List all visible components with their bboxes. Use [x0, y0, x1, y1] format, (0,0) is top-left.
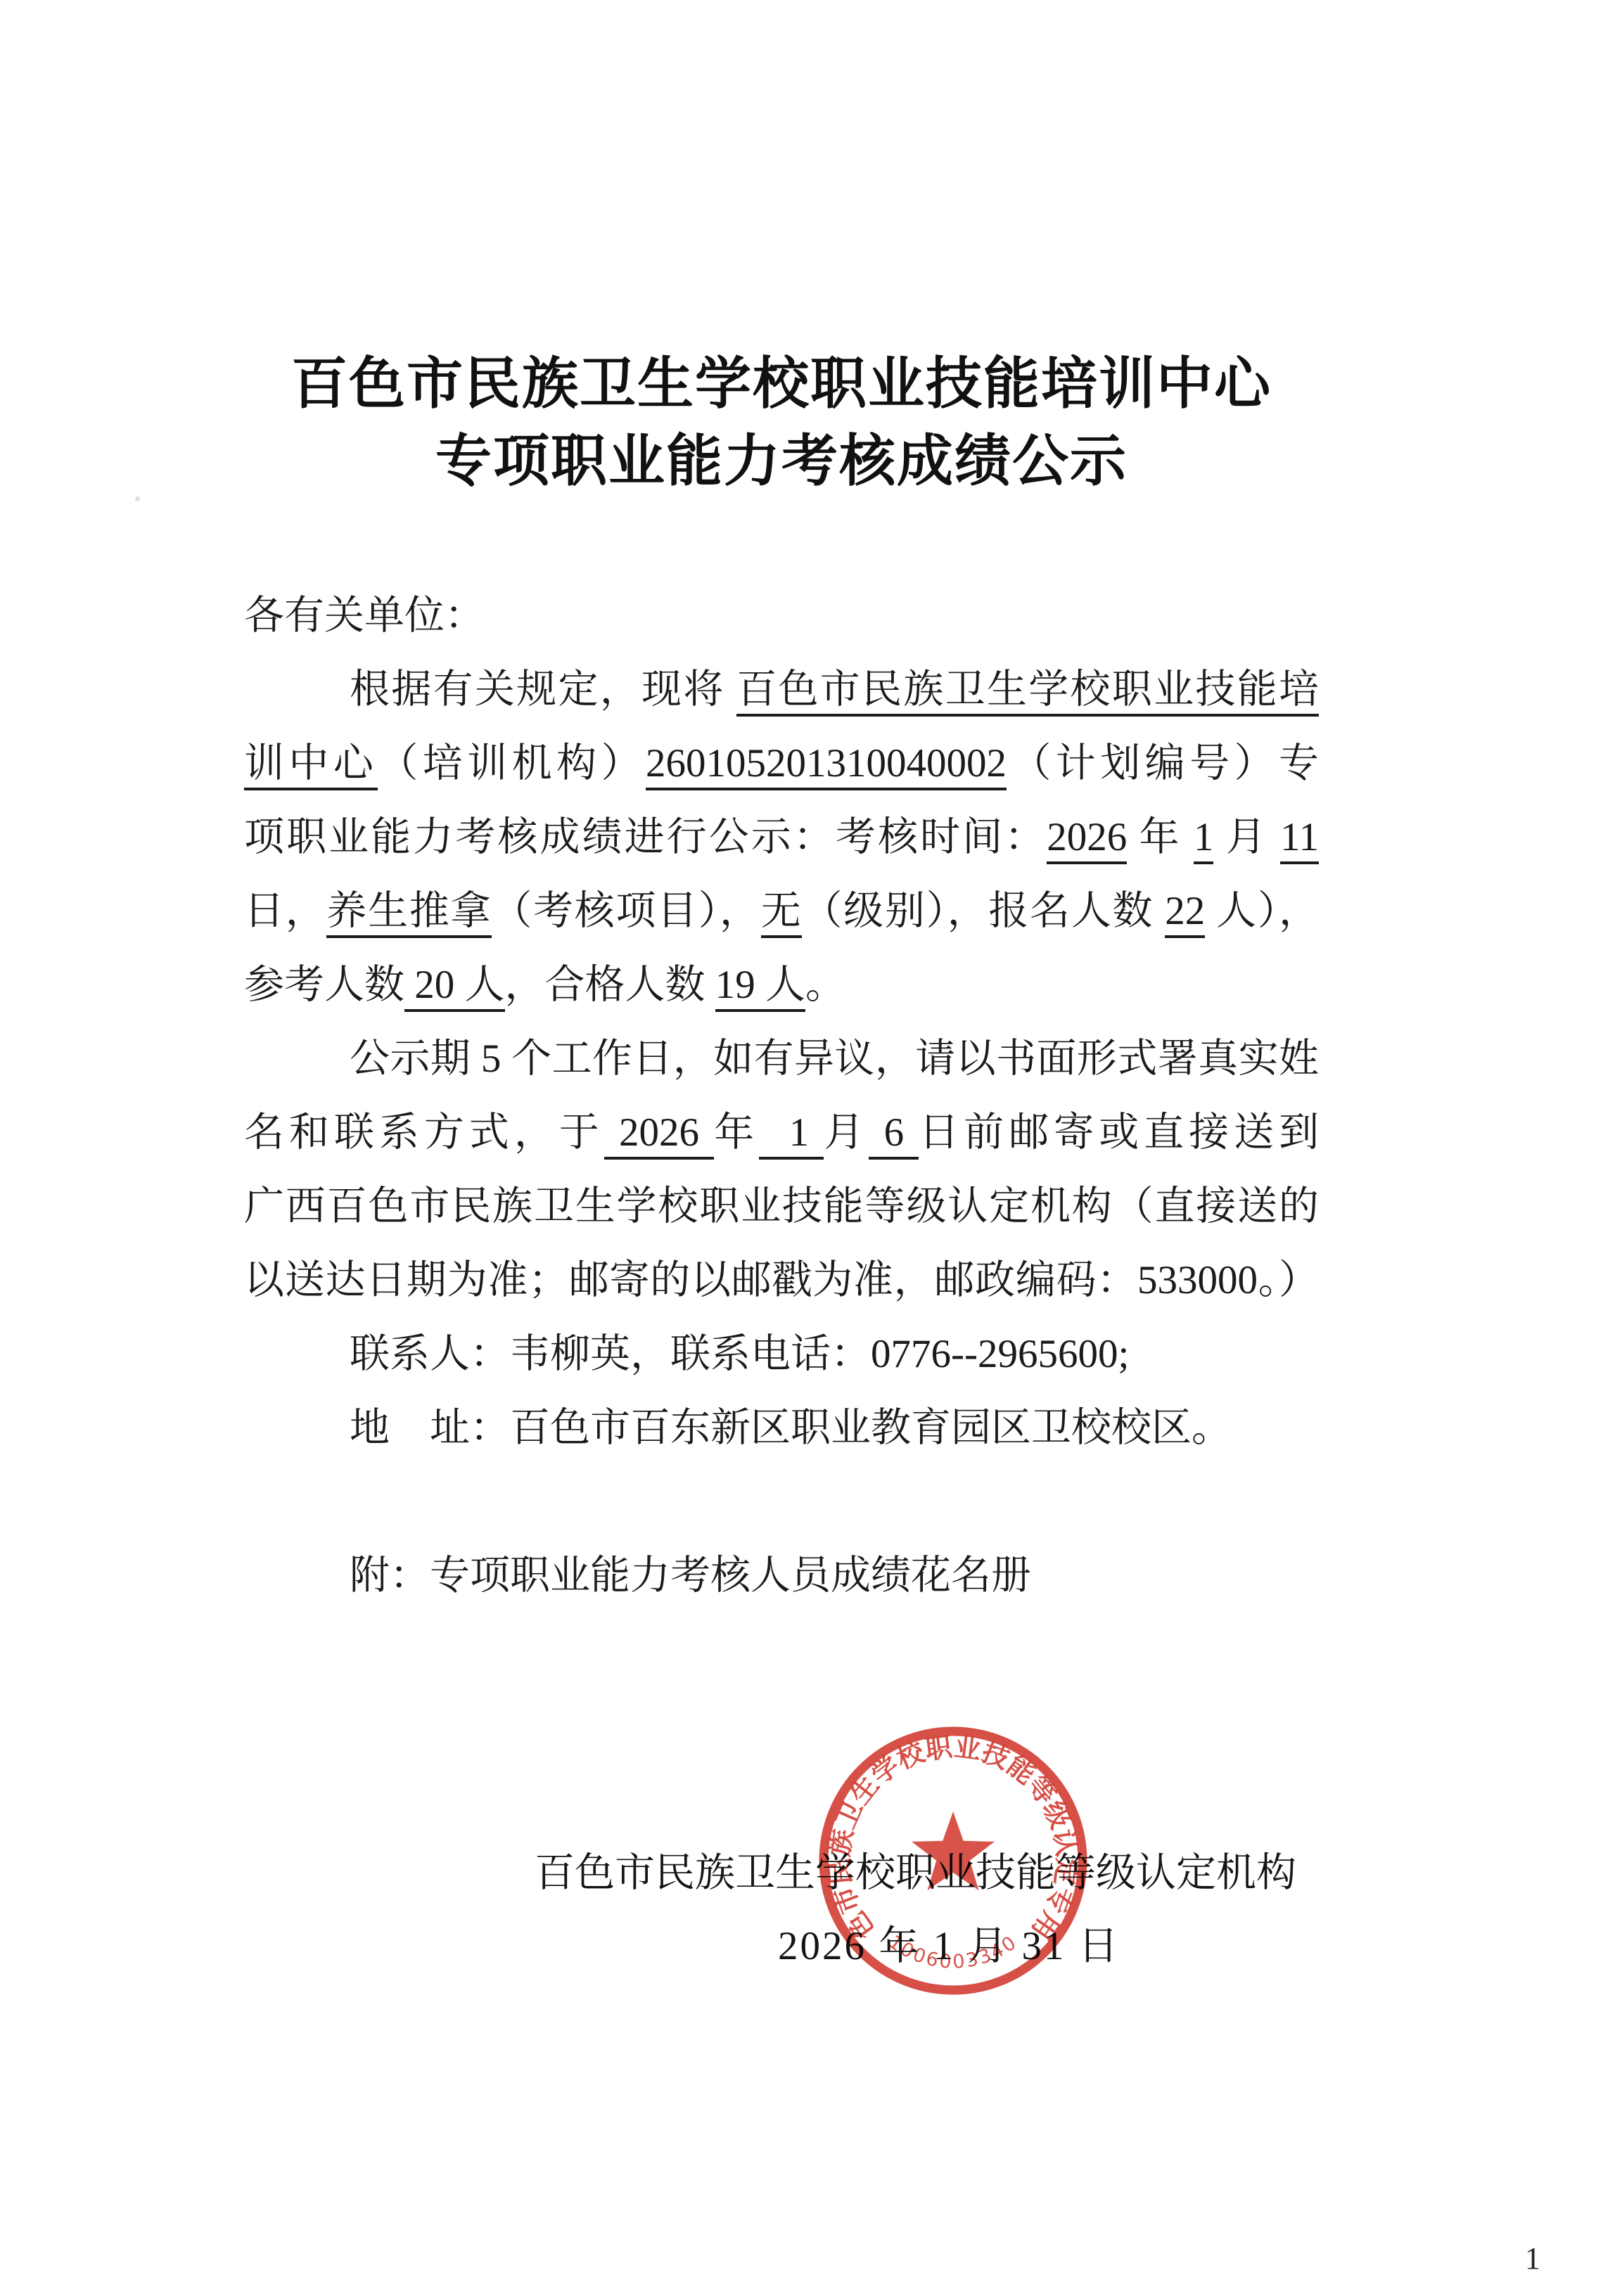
text-segment: 各有关单位： — [244, 594, 485, 638]
body-line: 训中心（培训机构）260105201310040002（计划编号）专 — [244, 726, 1319, 800]
text-segment: 年 — [1127, 815, 1194, 859]
text-segment: 参考人数 — [244, 963, 404, 1007]
underlined-text-segment: 2026 — [604, 1110, 714, 1160]
body-line: 以送达日期为准；邮寄的以邮戳为准，邮政编码：533000。） — [244, 1243, 1319, 1317]
text-segment: （级别），报名人数 — [802, 889, 1165, 933]
text-segment: 根据有关规定，现将 — [350, 667, 736, 712]
body-line: 附：专项职业能力考核人员成绩花名册 — [244, 1539, 1319, 1612]
text-segment: 附：专项职业能力考核人员成绩花名册 — [350, 1553, 1031, 1598]
text-segment: 日， — [244, 889, 326, 933]
underlined-text-segment: 11 — [1280, 815, 1319, 864]
document-title: 百色市民族卫生学校职业技能培训中心 专项职业能力考核成绩公示 — [244, 346, 1319, 501]
underlined-text-segment: 无 — [761, 889, 803, 938]
underlined-text-segment: 20 人 — [404, 963, 505, 1012]
underlined-text-segment: 1 — [1194, 815, 1214, 864]
underlined-text-segment: 百色市民族卫生学校职业技能培 — [736, 667, 1319, 717]
official-seal-stamp: 百色市民族卫生学校职业技能等级认定专用章 510060033403 — [812, 1720, 1094, 2001]
title-line-1: 百色市民族卫生学校职业技能培训中心 — [244, 346, 1319, 423]
text-segment: ，合格人数 — [505, 963, 715, 1007]
page-number: 1 — [1525, 2240, 1540, 2277]
body-line: 公示期 5 个工作日，如有异议，请以书面形式署真实姓 — [244, 1022, 1319, 1096]
underlined-text-segment: 260105201310040002 — [646, 741, 1007, 790]
text-segment: 名和联系方式，于 — [244, 1110, 604, 1155]
text-segment: 人）， — [1205, 889, 1319, 933]
text-segment: （考核项目）， — [492, 889, 760, 933]
underlined-text-segment: 2026 — [1047, 815, 1127, 864]
body-line: 名和联系方式，于 2026 年 1 月 6 日前邮寄或直接送到 — [244, 1096, 1319, 1169]
red-star-icon — [912, 1811, 995, 1890]
body-line: 项职业能力考核成绩进行公示：考核时间：2026 年 1 月 11 — [244, 800, 1319, 874]
text-segment: 以送达日期为准；邮寄的以邮戳为准，邮政编码：533000。） — [244, 1258, 1319, 1302]
body-line: 各有关单位： — [244, 579, 1319, 653]
document-page: 百色市民族卫生学校职业技能培训中心 专项职业能力考核成绩公示 各有关单位：根据有… — [0, 0, 1622, 2296]
body-line: 地 址：百色市百东新区职业教育园区卫校校区。 — [244, 1391, 1319, 1465]
title-line-2: 专项职业能力考核成绩公示 — [244, 423, 1319, 501]
body-line: 联系人：韦柳英，联系电话：0776--2965600; — [244, 1317, 1319, 1391]
body-line: 根据有关规定，现将 百色市民族卫生学校职业技能培 — [244, 653, 1319, 726]
body-line — [244, 1465, 1319, 1539]
underlined-text-segment: 19 人 — [715, 963, 805, 1012]
text-segment: 月 — [824, 1110, 869, 1155]
text-segment: 日前邮寄或直接送到 — [919, 1110, 1319, 1155]
text-segment: 广西百色市民族卫生学校职业技能等级认定机构（直接送的 — [244, 1184, 1319, 1229]
underlined-text-segment: 22 — [1165, 889, 1205, 938]
text-segment: （培训机构） — [378, 741, 646, 785]
text-segment: 项职业能力考核成绩进行公示：考核时间： — [244, 815, 1047, 859]
underlined-text-segment: 养生推拿 — [326, 889, 492, 938]
body-line: 参考人数 20 人，合格人数 19 人。 — [244, 948, 1319, 1022]
text-segment: 公示期 5 个工作日，如有异议，请以书面形式署真实姓 — [350, 1037, 1319, 1081]
underlined-text-segment: 6 — [869, 1110, 919, 1160]
body-text: 各有关单位：根据有关规定，现将 百色市民族卫生学校职业技能培训中心（培训机构）2… — [244, 579, 1319, 1612]
text-segment: （计划编号）专 — [1007, 741, 1319, 785]
underlined-text-segment: 1 — [759, 1110, 824, 1160]
text-segment: 地 址：百色市百东新区职业教育园区卫校校区。 — [350, 1406, 1232, 1450]
body-line: 广西百色市民族卫生学校职业技能等级认定机构（直接送的 — [244, 1169, 1319, 1243]
text-segment: 。 — [805, 963, 845, 1007]
underlined-text-segment: 训中心 — [244, 741, 378, 790]
text-segment: 联系人：韦柳英，联系电话：0776--2965600; — [350, 1332, 1129, 1376]
text-segment: 月 — [1213, 815, 1280, 859]
scan-speck — [135, 496, 140, 501]
body-line: 日，养生推拿（考核项目），无（级别），报名人数 22 人）， — [244, 874, 1319, 948]
text-segment: 年 — [714, 1110, 759, 1155]
